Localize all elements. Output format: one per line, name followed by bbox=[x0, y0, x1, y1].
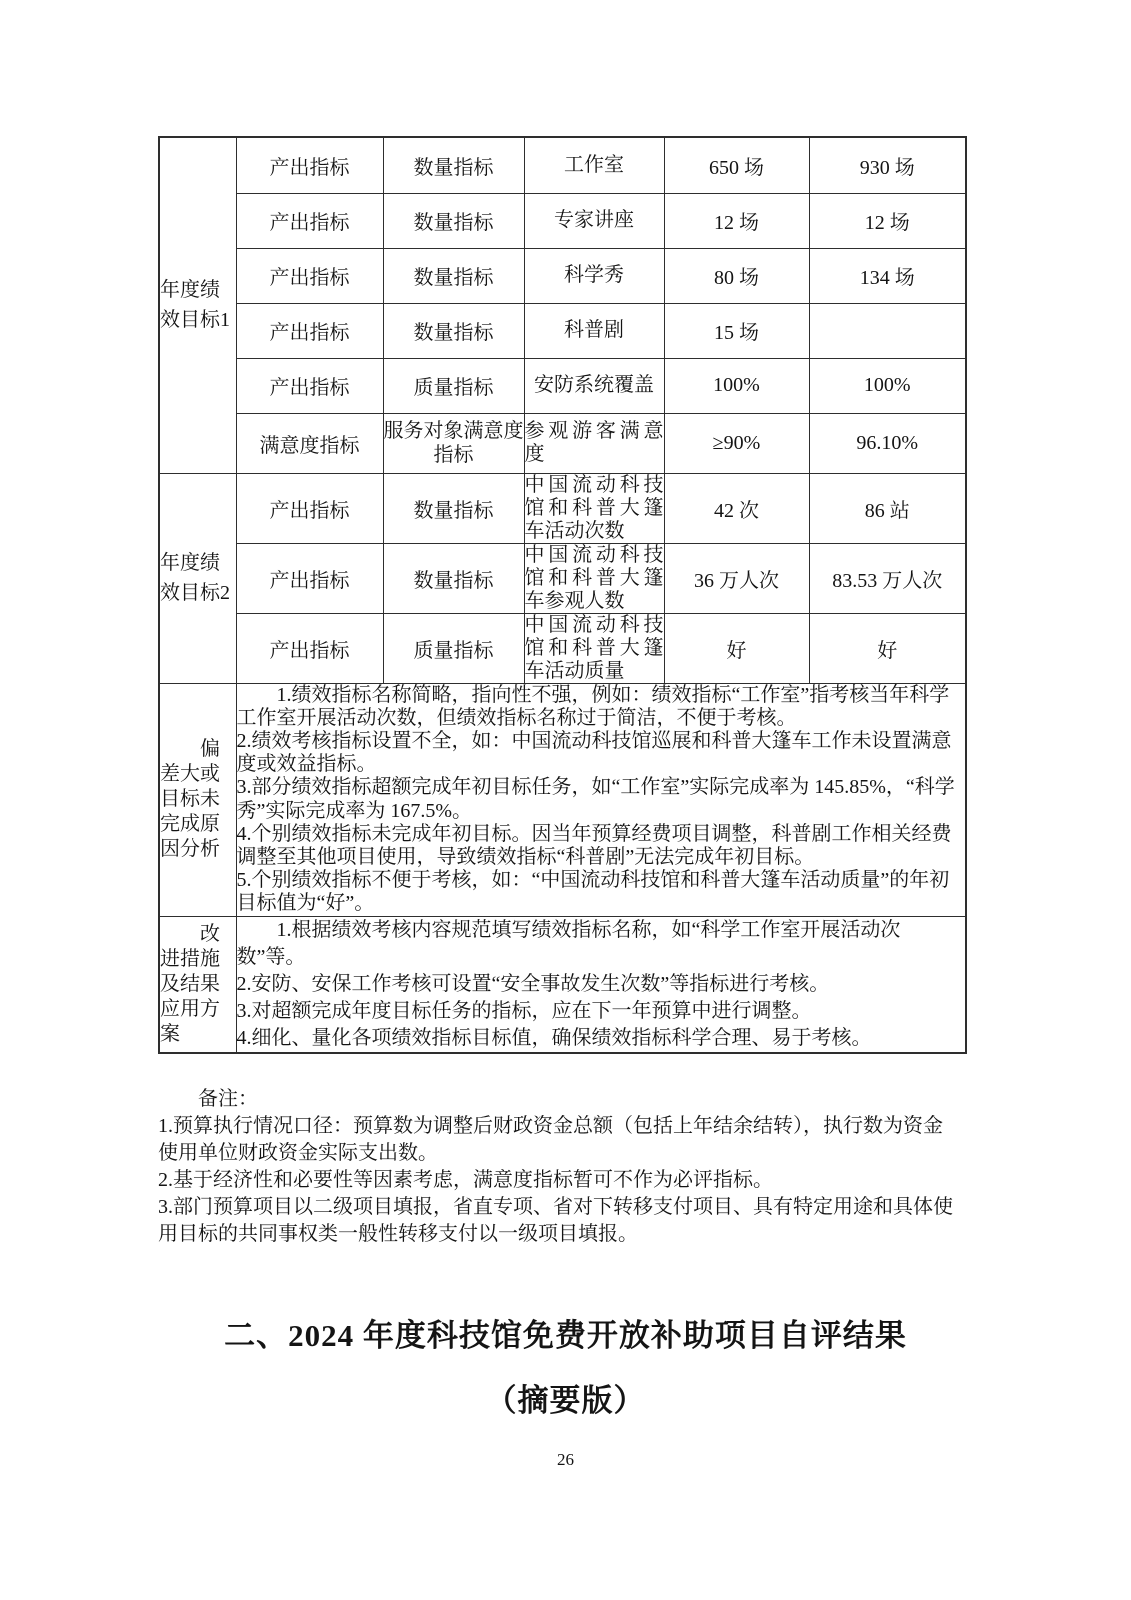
table-cell: 中国流动科技馆和科普大篷车活动质量 bbox=[524, 613, 664, 683]
performance-table-wrap: 年度绩效目标1 产出指标 数量指标 工作室 650 场 930 场 产出指标 数… bbox=[158, 136, 967, 1054]
analysis-item: 5.个别绩效指标不便于考核，如：“中国流动科技馆和科普大篷车活动质量”的年初目标… bbox=[237, 869, 966, 915]
table-row: 年度绩效目标2 产出指标 数量指标 中国流动科技馆和科普大篷车活动次数 42 次… bbox=[159, 473, 966, 543]
table-cell-empty bbox=[809, 303, 966, 358]
table-cell: 产出指标 bbox=[236, 248, 383, 303]
notes-section: 备注： 1.预算执行情况口径：预算数为调整后财政资金总额（包括上年结余结转），执… bbox=[158, 1086, 958, 1248]
analysis-label: 偏差大或目标未完成原因分析 bbox=[159, 683, 236, 916]
table-cell: 产出指标 bbox=[236, 303, 383, 358]
analysis-label-text: 偏差大或目标未完成原因分析 bbox=[160, 737, 236, 862]
table-cell: 数量指标 bbox=[383, 137, 524, 193]
table-cell: 中国流动科技馆和科普大篷车参观人数 bbox=[524, 543, 664, 613]
table-cell: 满意度指标 bbox=[236, 413, 383, 473]
table-cell: 中国流动科技馆和科普大篷车活动次数 bbox=[524, 473, 664, 543]
table-cell: 100% bbox=[809, 358, 966, 413]
improvement-content: 1.根据绩效考核内容规范填写绩效指标名称，如“科学工作室开展活动次数”等。 2.… bbox=[236, 916, 966, 1053]
group-label-annual-target-2: 年度绩效目标2 bbox=[159, 473, 236, 683]
table-row: 产出指标 质量指标 安防系统覆盖 100% 100% bbox=[159, 358, 966, 413]
group-label-text: 年度绩效目标2 bbox=[160, 548, 236, 608]
table-row: 产出指标 数量指标 科普剧 15 场 bbox=[159, 303, 966, 358]
analysis-item: 1.绩效指标名称简略，指向性不强，例如：绩效指标“工作室”指考核当年科学工作室开… bbox=[237, 684, 966, 730]
table-cell: 650 场 bbox=[664, 137, 809, 193]
improvement-item: 2.安防、安保工作考核可设置“安全事故发生次数”等指标进行考核。 bbox=[237, 971, 966, 998]
table-row: 年度绩效目标1 产出指标 数量指标 工作室 650 场 930 场 bbox=[159, 137, 966, 193]
table-cell: 134 场 bbox=[809, 248, 966, 303]
table-row: 满意度指标 服务对象满意度指标 参观游客满意度 ≥90% 96.10% bbox=[159, 413, 966, 473]
table-cell: 好 bbox=[664, 613, 809, 683]
table-cell: 930 场 bbox=[809, 137, 966, 193]
analysis-item: 3.部分绩效指标超额完成年初目标任务，如“工作室”实际完成率为 145.85%，… bbox=[237, 776, 966, 822]
table-row: 偏差大或目标未完成原因分析 1.绩效指标名称简略，指向性不强，例如：绩效指标“工… bbox=[159, 683, 966, 916]
table-cell: 15 场 bbox=[664, 303, 809, 358]
table-cell: 42 次 bbox=[664, 473, 809, 543]
performance-table: 年度绩效目标1 产出指标 数量指标 工作室 650 场 930 场 产出指标 数… bbox=[158, 136, 967, 1054]
table-cell: 86 站 bbox=[809, 473, 966, 543]
table-cell: 96.10% bbox=[809, 413, 966, 473]
table-row: 产出指标 质量指标 中国流动科技馆和科普大篷车活动质量 好 好 bbox=[159, 613, 966, 683]
improvement-item: 1.根据绩效考核内容规范填写绩效指标名称，如“科学工作室开展活动次数”等。 bbox=[237, 917, 966, 971]
table-cell: 安防系统覆盖 bbox=[524, 358, 664, 413]
table-cell: 100% bbox=[664, 358, 809, 413]
table-cell: 工作室 bbox=[524, 137, 664, 193]
improvement-label: 改进措施及结果应用方案 bbox=[159, 916, 236, 1053]
table-cell: 产出指标 bbox=[236, 193, 383, 248]
table-row: 产出指标 数量指标 中国流动科技馆和科普大篷车参观人数 36 万人次 83.53… bbox=[159, 543, 966, 613]
improvement-label-text: 改进措施及结果应用方案 bbox=[160, 922, 236, 1047]
notes-title: 备注： bbox=[158, 1086, 958, 1113]
section-heading: 二、2024 年度科技馆免费开放补助项目自评结果 bbox=[0, 1310, 1131, 1355]
table-cell: 数量指标 bbox=[383, 473, 524, 543]
table-cell: 服务对象满意度指标 bbox=[383, 413, 524, 473]
table-cell: 好 bbox=[809, 613, 966, 683]
group-label-text: 年度绩效目标1 bbox=[160, 275, 236, 335]
table-cell: 数量指标 bbox=[383, 248, 524, 303]
document-page: 年度绩效目标1 产出指标 数量指标 工作室 650 场 930 场 产出指标 数… bbox=[0, 0, 1131, 1600]
analysis-content: 1.绩效指标名称简略，指向性不强，例如：绩效指标“工作室”指考核当年科学工作室开… bbox=[236, 683, 966, 916]
table-cell: 数量指标 bbox=[383, 543, 524, 613]
table-cell: 质量指标 bbox=[383, 358, 524, 413]
table-cell: 质量指标 bbox=[383, 613, 524, 683]
table-cell: 36 万人次 bbox=[664, 543, 809, 613]
table-cell: 产出指标 bbox=[236, 473, 383, 543]
table-row: 改进措施及结果应用方案 1.根据绩效考核内容规范填写绩效指标名称，如“科学工作室… bbox=[159, 916, 966, 1053]
table-cell: 参观游客满意度 bbox=[524, 413, 664, 473]
improvement-item: 3.对超额完成年度目标任务的指标，应在下一年预算中进行调整。 bbox=[237, 998, 966, 1025]
table-cell: 科普剧 bbox=[524, 303, 664, 358]
table-cell: 数量指标 bbox=[383, 193, 524, 248]
table-cell: 产出指标 bbox=[236, 613, 383, 683]
group-label-annual-target-1: 年度绩效目标1 bbox=[159, 137, 236, 473]
table-cell: 12 场 bbox=[664, 193, 809, 248]
analysis-item: 2.绩效考核指标设置不全，如：中国流动科技馆巡展和科普大篷车工作未设置满意度或效… bbox=[237, 730, 966, 776]
improvement-item: 4.细化、量化各项绩效指标目标值，确保绩效指标科学合理、易于考核。 bbox=[237, 1025, 966, 1052]
table-cell: 科学秀 bbox=[524, 248, 664, 303]
table-cell: 数量指标 bbox=[383, 303, 524, 358]
table-cell: 产出指标 bbox=[236, 358, 383, 413]
analysis-item: 4.个别绩效指标未完成年初目标。因当年预算经费项目调整，科普剧工作相关经费调整至… bbox=[237, 823, 966, 869]
notes-item: 1.预算执行情况口径：预算数为调整后财政资金总额（包括上年结余结转），执行数为资… bbox=[158, 1113, 958, 1167]
table-cell: ≥90% bbox=[664, 413, 809, 473]
page-number: 26 bbox=[0, 1450, 1131, 1470]
notes-item: 2.基于经济性和必要性等因素考虑，满意度指标暂可不作为必评指标。 bbox=[158, 1167, 958, 1194]
table-row: 产出指标 数量指标 专家讲座 12 场 12 场 bbox=[159, 193, 966, 248]
table-row: 产出指标 数量指标 科学秀 80 场 134 场 bbox=[159, 248, 966, 303]
table-cell: 产出指标 bbox=[236, 137, 383, 193]
notes-item: 3.部门预算项目以二级项目填报，省直专项、省对下转移支付项目、具有特定用途和具体… bbox=[158, 1194, 958, 1248]
table-cell: 83.53 万人次 bbox=[809, 543, 966, 613]
table-cell: 12 场 bbox=[809, 193, 966, 248]
table-cell: 专家讲座 bbox=[524, 193, 664, 248]
section-subheading: （摘要版） bbox=[0, 1375, 1131, 1420]
table-cell: 产出指标 bbox=[236, 543, 383, 613]
table-cell: 80 场 bbox=[664, 248, 809, 303]
